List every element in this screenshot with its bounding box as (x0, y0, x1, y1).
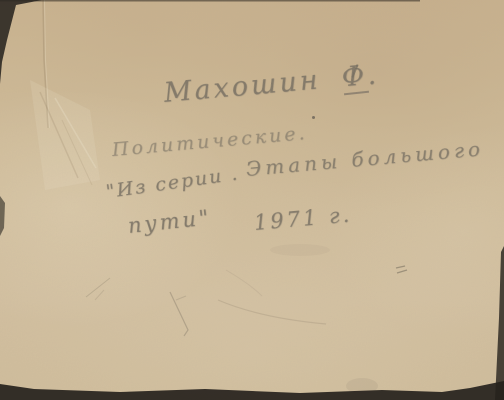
photo-verso: Махошин Ф. Политические. "Из серии . Эта… (0, 0, 504, 400)
paper-background (0, 0, 504, 400)
pencil-dot (312, 116, 315, 119)
